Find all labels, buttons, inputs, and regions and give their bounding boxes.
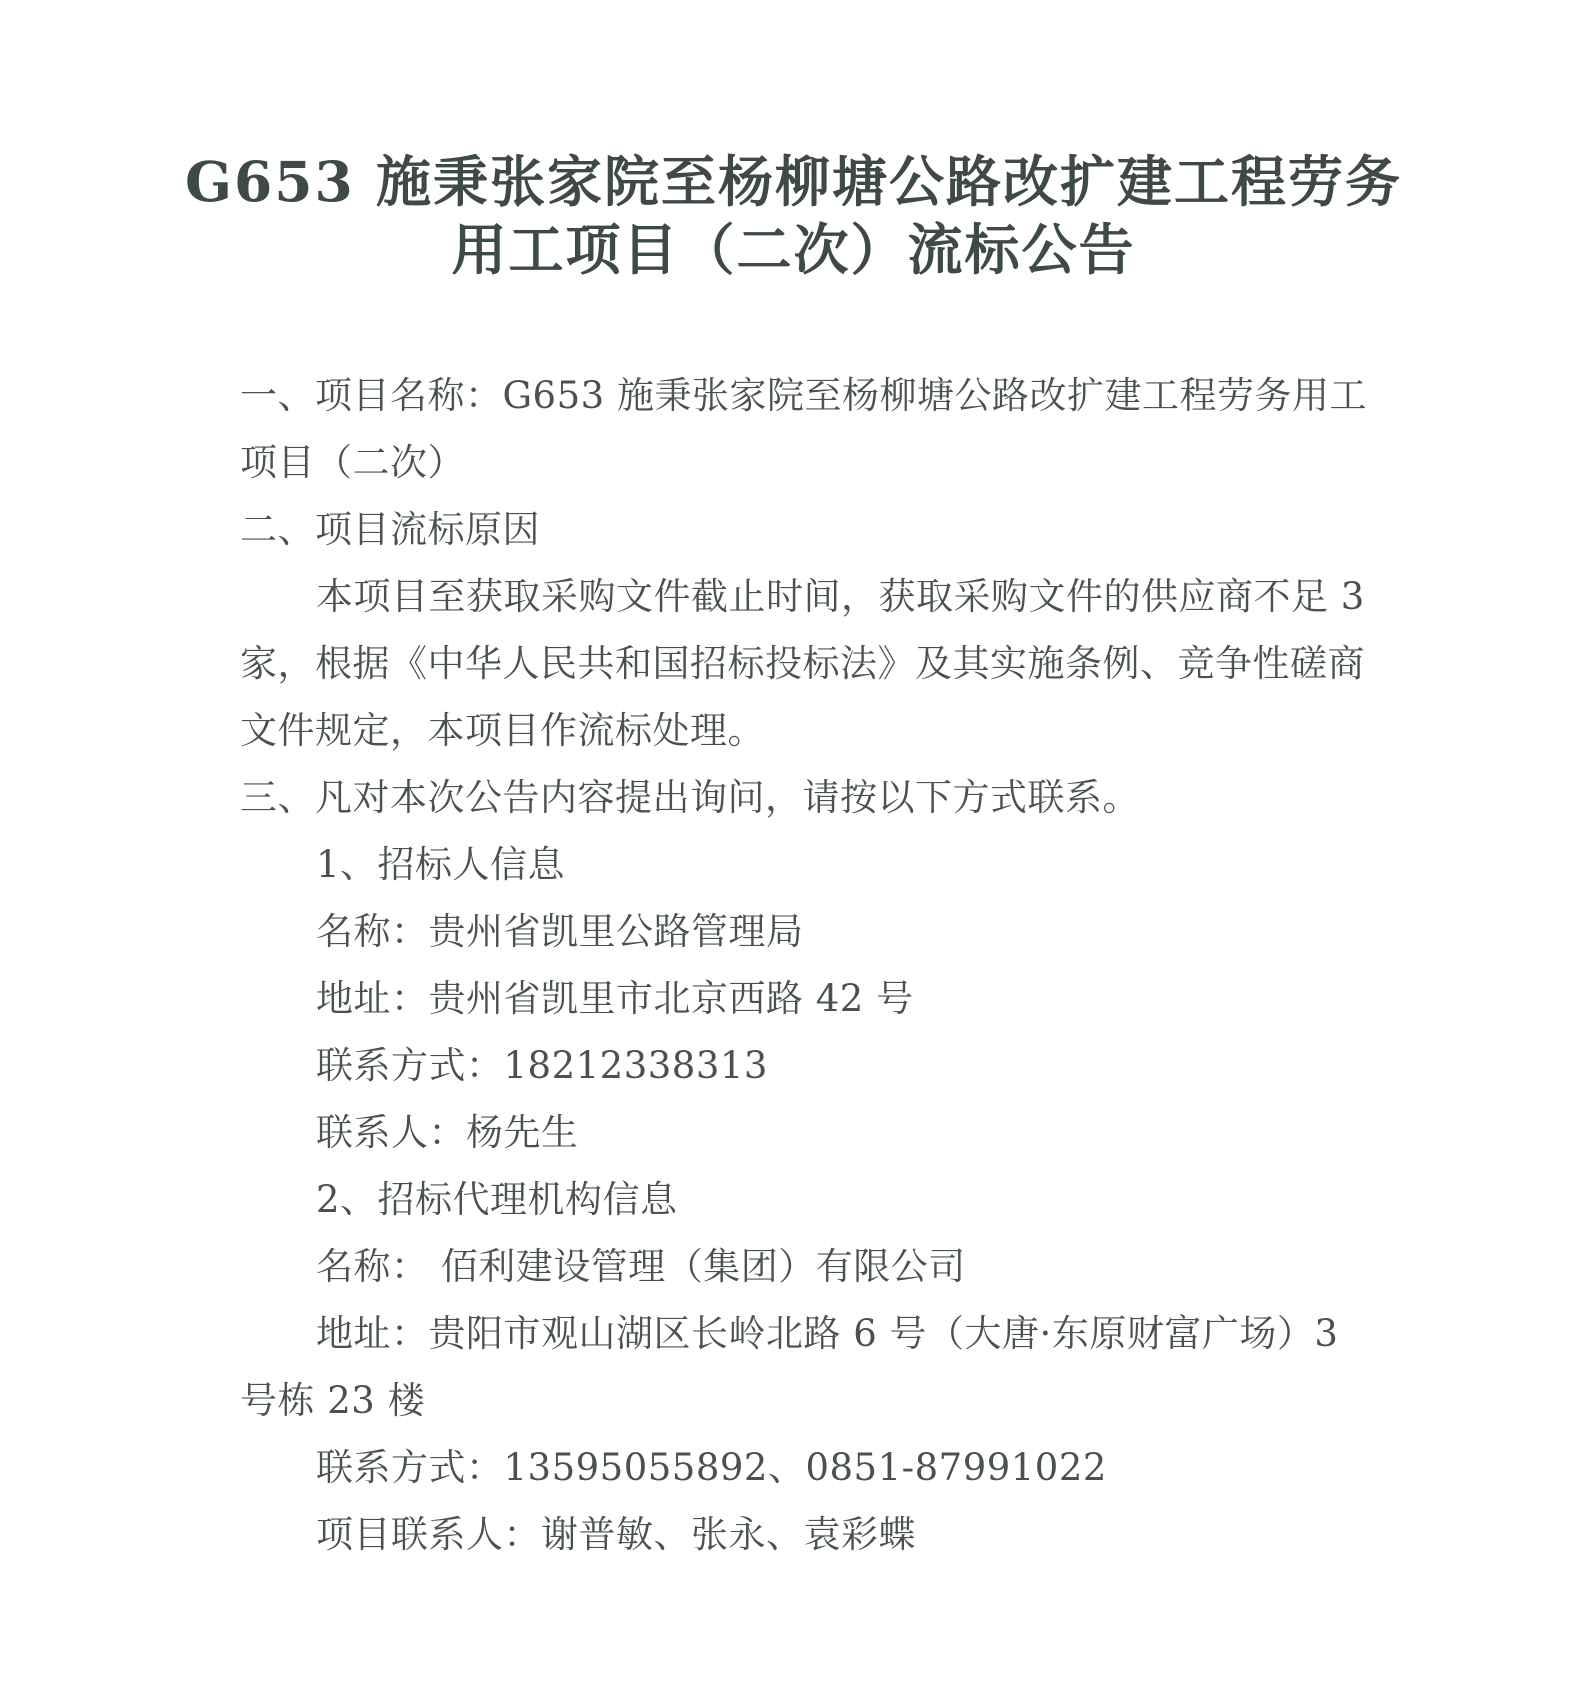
body-line-project-name-cont: 项目（二次） <box>240 429 1358 496</box>
body-line-tenderer-address: 地址：贵州省凯里市北京西路 42 号 <box>240 965 1358 1032</box>
body-line-agency-phone: 联系方式：13595055892、0851-87991022 <box>240 1434 1358 1501</box>
title-line-1: G653 施秉张家院至杨柳塘公路改扩建工程劳务 <box>120 148 1467 216</box>
document-body: 一、项目名称：G653 施秉张家院至杨柳塘公路改扩建工程劳务用工 项目（二次） … <box>240 362 1358 1568</box>
body-line-reason-heading: 二、项目流标原因 <box>240 496 1358 563</box>
body-line-tenderer-phone: 联系方式：18212338313 <box>240 1032 1358 1099</box>
body-line-reason-3: 文件规定，本项目作流标处理。 <box>240 697 1358 764</box>
document-title: G653 施秉张家院至杨柳塘公路改扩建工程劳务 用工项目（二次）流标公告 <box>120 148 1467 284</box>
body-line-reason-2: 家，根据《中华人民共和国招标投标法》及其实施条例、竞争性磋商 <box>240 630 1358 697</box>
document-page: G653 施秉张家院至杨柳塘公路改扩建工程劳务 用工项目（二次）流标公告 一、项… <box>0 0 1587 1702</box>
title-line-2: 用工项目（二次）流标公告 <box>120 216 1467 284</box>
body-line-agency-heading: 2、招标代理机构信息 <box>240 1166 1358 1233</box>
body-line-contact-heading: 三、凡对本次公告内容提出询问，请按以下方式联系。 <box>240 764 1358 831</box>
body-line-agency-address: 地址：贵阳市观山湖区长岭北路 6 号（大唐·东原财富广场）3 <box>240 1300 1358 1367</box>
body-line-tenderer-contact: 联系人：杨先生 <box>240 1099 1358 1166</box>
body-line-project-name: 一、项目名称：G653 施秉张家院至杨柳塘公路改扩建工程劳务用工 <box>240 362 1358 429</box>
body-line-agency-name: 名称： 佰利建设管理（集团）有限公司 <box>240 1233 1358 1300</box>
body-line-tenderer-name: 名称：贵州省凯里公路管理局 <box>240 898 1358 965</box>
body-line-tenderer-heading: 1、招标人信息 <box>240 831 1358 898</box>
body-line-agency-address-cont: 号栋 23 楼 <box>240 1367 1358 1434</box>
body-line-reason-1: 本项目至获取采购文件截止时间，获取采购文件的供应商不足 3 <box>240 563 1358 630</box>
body-line-agency-contacts: 项目联系人：谢普敏、张永、袁彩蝶 <box>240 1501 1358 1568</box>
